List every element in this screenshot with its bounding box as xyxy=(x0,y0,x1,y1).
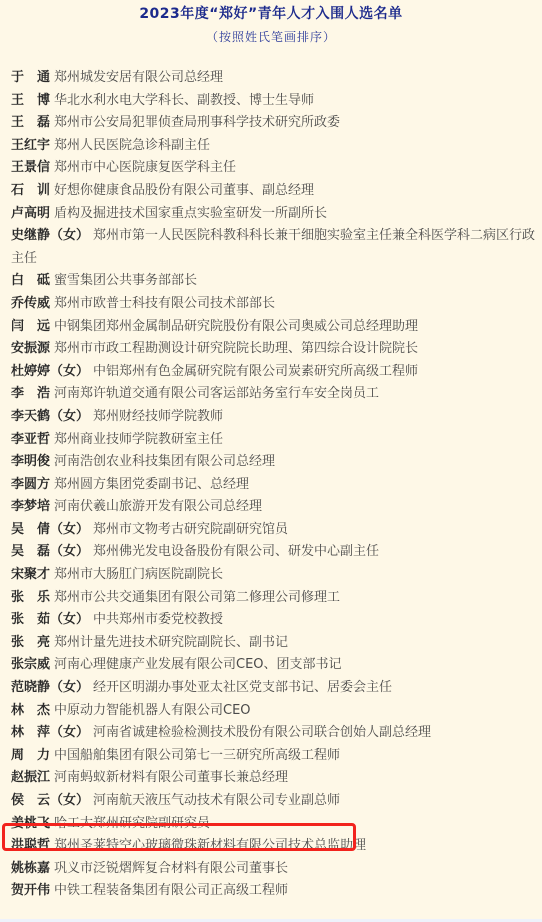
list-item: 李梦培河南伏羲山旅游开发有限公司总经理 xyxy=(11,496,538,519)
candidate-name: 史继静（女） xyxy=(11,228,89,243)
candidate-position: 郑州市欧普士科技有限公司技术部部长 xyxy=(54,296,275,311)
list-item: 卢高明盾构及掘进技术国家重点实验室研发一所副所长 xyxy=(11,203,538,226)
list-item: 吴 磊（女）郑州佛光发电设备股份有限公司、研发中心副主任 xyxy=(11,541,538,564)
candidate-name: 卢高明 xyxy=(11,206,50,221)
list-item: 李亚哲郑州商业技师学院教研室主任 xyxy=(11,429,538,452)
candidate-name: 李天鹤（女） xyxy=(11,409,89,424)
candidate-name: 姚栋嘉 xyxy=(11,861,50,876)
list-item: 林 杰中原动力智能机器人有限公司CEO xyxy=(11,700,538,723)
candidate-name: 乔传威 xyxy=(11,296,50,311)
highlight-box xyxy=(2,823,356,851)
candidate-name: 李梦培 xyxy=(11,499,50,514)
list-item: 石 训好想你健康食品股份有限公司董事、副总经理 xyxy=(11,180,538,203)
list-item: 安振源郑州市市政工程勘测设计研究院院长助理、第四综合设计院院长 xyxy=(11,338,538,361)
candidate-position: 中铝郑州有色金属研究院有限公司炭素研究所高级工程师 xyxy=(93,364,418,379)
candidate-name: 李明俊 xyxy=(11,454,50,469)
page-title: 2023年度“郑好”青年人才入围人选名单 xyxy=(0,3,542,25)
candidate-name: 张宗威 xyxy=(11,657,50,672)
list-item: 李圆方郑州圆方集团党委副书记、总经理 xyxy=(11,474,538,497)
candidate-position: 中国船舶集团有限公司第七一三研究所高级工程师 xyxy=(54,748,340,763)
candidate-name: 范晓静（女） xyxy=(11,680,89,695)
candidate-name: 吴 倩（女） xyxy=(11,522,89,537)
candidate-position: 郑州商业技师学院教研室主任 xyxy=(54,432,223,447)
candidate-name: 赵振江 xyxy=(11,770,50,785)
candidate-position: 郑州市第一人民医院科教科科长兼干细胞实验室主任兼全科医学科二病区行政主任 xyxy=(11,228,535,266)
candidate-position: 中原动力智能机器人有限公司CEO xyxy=(54,703,251,718)
candidate-position: 郑州市文物考古研究院副研究馆员 xyxy=(93,522,288,537)
candidate-name: 安振源 xyxy=(11,341,50,356)
candidate-position: 郑州佛光发电设备股份有限公司、研发中心副主任 xyxy=(93,544,379,559)
candidate-position: 河南航天液压气动技术有限公司专业副总师 xyxy=(93,793,340,808)
page-subtitle: （按照姓氏笔画排序） xyxy=(0,27,542,47)
candidate-name: 白 砥 xyxy=(11,273,50,288)
candidate-position: 河南伏羲山旅游开发有限公司总经理 xyxy=(54,499,262,514)
list-item: 宋聚才郑州市大肠肛门病医院副院长 xyxy=(11,564,538,587)
list-item: 李天鹤（女）郑州财经技师学院教师 xyxy=(11,406,538,429)
list-item: 闫 远中钢集团郑州金属制品研究院股份有限公司奥威公司总经理助理 xyxy=(11,316,538,339)
candidate-name: 张 亮 xyxy=(11,635,50,650)
candidate-position: 郑州计量先进技术研究院副院长、副书记 xyxy=(54,635,288,650)
list-item: 王景信郑州市中心医院康复医学科主任 xyxy=(11,157,538,180)
list-item: 林 萍（女）河南省诚建检验检测技术股份有限公司联合创始人副总经理 xyxy=(11,722,538,745)
candidate-position: 河南郑许轨道交通有限公司客运部站务室行车安全岗员工 xyxy=(54,386,379,401)
candidate-name: 于 通 xyxy=(11,70,50,85)
candidate-name: 吴 磊（女） xyxy=(11,544,89,559)
candidate-name: 林 萍（女） xyxy=(11,725,89,740)
list-item: 周 力中国船舶集团有限公司第七一三研究所高级工程师 xyxy=(11,745,538,768)
list-item: 杜婷婷（女）中铝郑州有色金属研究院有限公司炭素研究所高级工程师 xyxy=(11,361,538,384)
candidate-name: 王红宇 xyxy=(11,138,50,153)
list-item: 乔传威郑州市欧普士科技有限公司技术部部长 xyxy=(11,293,538,316)
candidate-name: 李亚哲 xyxy=(11,432,50,447)
list-item: 王 磊郑州市公安局犯罪侦查局刑事科学技术研究所政委 xyxy=(11,112,538,135)
candidate-name: 王 博 xyxy=(11,93,50,108)
candidate-name: 周 力 xyxy=(11,748,50,763)
candidate-name: 李 浩 xyxy=(11,386,50,401)
candidate-name: 宋聚才 xyxy=(11,567,50,582)
candidate-position: 郑州财经技师学院教师 xyxy=(93,409,223,424)
candidate-position: 郑州市公共交通集团有限公司第二修理公司修理工 xyxy=(54,590,340,605)
list-item: 赵振江河南蚂蚁新材料有限公司董事长兼总经理 xyxy=(11,767,538,790)
list-item: 侯 云（女）河南航天液压气动技术有限公司专业副总师 xyxy=(11,790,538,813)
candidate-name: 石 训 xyxy=(11,183,50,198)
list-item: 范晓静（女）经开区明湖办事处亚太社区党支部书记、居委会主任 xyxy=(11,677,538,700)
candidate-position: 华北水利水电大学科长、副教授、博士生导师 xyxy=(54,93,314,108)
candidate-position: 河南心理健康产业发展有限公司CEO、团支部书记 xyxy=(54,657,342,672)
candidate-position: 中铁工程装备集团有限公司正高级工程师 xyxy=(54,883,288,898)
list-item: 姚栋嘉巩义市泛锐熠辉复合材料有限公司董事长 xyxy=(11,858,538,881)
list-item: 史继静（女）郑州市第一人民医院科教科科长兼干细胞实验室主任兼全科医学科二病区行政… xyxy=(11,225,538,270)
candidate-position: 中钢集团郑州金属制品研究院股份有限公司奥威公司总经理助理 xyxy=(54,319,418,334)
candidate-name: 杜婷婷（女） xyxy=(11,364,89,379)
candidate-position: 郑州人民医院急诊科副主任 xyxy=(54,138,210,153)
candidate-position: 郑州市公安局犯罪侦查局刑事科学技术研究所政委 xyxy=(54,115,340,130)
candidate-position: 郑州市市政工程勘测设计研究院院长助理、第四综合设计院院长 xyxy=(54,341,418,356)
candidate-position: 郑州城发安居有限公司总经理 xyxy=(54,70,223,85)
list-item: 李明俊河南浩创农业科技集团有限公司总经理 xyxy=(11,451,538,474)
candidate-position: 经开区明湖办事处亚太社区党支部书记、居委会主任 xyxy=(93,680,392,695)
list-item: 王红宇郑州人民医院急诊科副主任 xyxy=(11,135,538,158)
list-item: 张 亮郑州计量先进技术研究院副院长、副书记 xyxy=(11,632,538,655)
list-item: 白 砥蜜雪集团公共事务部部长 xyxy=(11,270,538,293)
candidate-name: 林 杰 xyxy=(11,703,50,718)
candidate-list: 于 通郑州城发安居有限公司总经理王 博华北水利水电大学科长、副教授、博士生导师王… xyxy=(11,67,538,903)
candidate-position: 郑州市大肠肛门病医院副院长 xyxy=(54,567,223,582)
candidate-position: 中共郑州市委党校教授 xyxy=(93,612,223,627)
candidate-position: 郑州圆方集团党委副书记、总经理 xyxy=(54,477,249,492)
candidate-position: 郑州市中心医院康复医学科主任 xyxy=(54,160,236,175)
candidate-position: 河南蚂蚁新材料有限公司董事长兼总经理 xyxy=(54,770,288,785)
candidate-position: 好想你健康食品股份有限公司董事、副总经理 xyxy=(54,183,314,198)
candidate-position: 蜜雪集团公共事务部部长 xyxy=(54,273,197,288)
list-header: 2023年度“郑好”青年人才入围人选名单 （按照姓氏笔画排序） xyxy=(0,0,542,47)
candidate-name: 贺开伟 xyxy=(11,883,50,898)
candidate-position: 巩义市泛锐熠辉复合材料有限公司董事长 xyxy=(54,861,288,876)
candidate-name: 张 乐 xyxy=(11,590,50,605)
candidate-name: 李圆方 xyxy=(11,477,50,492)
list-item: 李 浩河南郑许轨道交通有限公司客运部站务室行车安全岗员工 xyxy=(11,383,538,406)
list-item: 张 茹（女）中共郑州市委党校教授 xyxy=(11,609,538,632)
candidate-name: 侯 云（女） xyxy=(11,793,89,808)
list-item: 张 乐郑州市公共交通集团有限公司第二修理公司修理工 xyxy=(11,587,538,610)
list-item: 张宗威河南心理健康产业发展有限公司CEO、团支部书记 xyxy=(11,654,538,677)
candidate-name: 王 磊 xyxy=(11,115,50,130)
list-item: 王 博华北水利水电大学科长、副教授、博士生导师 xyxy=(11,90,538,113)
candidate-position: 河南省诚建检验检测技术股份有限公司联合创始人副总经理 xyxy=(93,725,431,740)
candidate-position: 河南浩创农业科技集团有限公司总经理 xyxy=(54,454,275,469)
candidate-name: 张 茹（女） xyxy=(11,612,89,627)
candidate-name: 闫 远 xyxy=(11,319,50,334)
candidate-name: 王景信 xyxy=(11,160,50,175)
list-item: 于 通郑州城发安居有限公司总经理 xyxy=(11,67,538,90)
list-item: 贺开伟中铁工程装备集团有限公司正高级工程师 xyxy=(11,880,538,903)
list-item: 吴 倩（女）郑州市文物考古研究院副研究馆员 xyxy=(11,519,538,542)
candidate-position: 盾构及掘进技术国家重点实验室研发一所副所长 xyxy=(54,206,327,221)
